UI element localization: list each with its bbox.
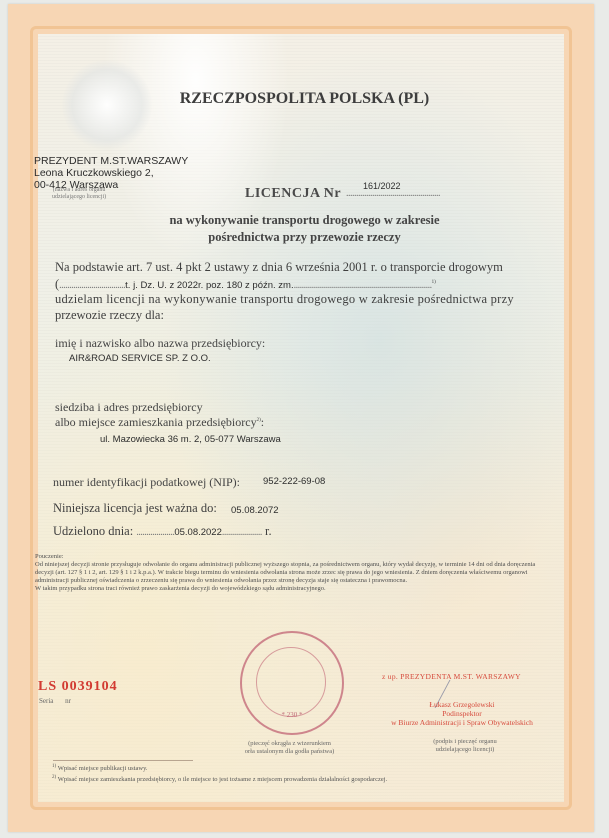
publication-reference: t. j. Dz. U. z 2022r. poz. 180 z późn. z… (125, 280, 293, 291)
legal-basis-line-1: Na podstawie art. 7 ust. 4 pkt 2 ustawy … (55, 260, 503, 275)
signatory-block: Łukasz Grzegolewski Podinspektor w Biurz… (372, 700, 552, 727)
legal-basis-line-2: (.................................t. j. … (55, 277, 436, 292)
issued-date: 05.08.2022 (174, 527, 222, 538)
caption-line: (pieczęć okrągła z wizerunkiem (232, 740, 347, 748)
license-number: 161/2022 (363, 181, 401, 191)
footnote-2: 2) Wpisać miejsce zamieszkania przedsięb… (52, 775, 387, 783)
signatory-department: w Biurze Administracji i Spraw Obywatels… (372, 718, 552, 727)
notice-text-2: W takim przypadku strona traci również p… (35, 585, 555, 593)
notice-heading: Pouczenie: (35, 553, 555, 561)
dotted-line: ........................................… (294, 280, 432, 291)
footnote-divider (53, 760, 193, 761)
caption-line: udzielającego licencji) (52, 194, 106, 201)
caption-line: (podpis i pieczęć organu (410, 738, 520, 746)
serial-caption: Seria nr (39, 697, 71, 705)
stamp-number: * 230 * (242, 711, 342, 719)
notice-text: Od niniejszej decyzji stronie przysługuj… (35, 561, 555, 585)
license-label: LICENCJA Nr (245, 186, 341, 202)
caption-line: orła ustalonym dla godła państwa) (232, 748, 347, 756)
stamp-caption: (pieczęć okrągła z wizerunkiem orła usta… (232, 740, 347, 756)
form-serial-number: LS 0039104 (38, 679, 118, 695)
footnote-text: Wpisać miejsce zamieszkania przedsiębior… (58, 776, 388, 783)
series-caption: Seria (39, 697, 53, 705)
valid-until-value: 05.08.2072 (231, 505, 279, 516)
dotted-line: .................... (222, 527, 262, 538)
address-label-text: albo miejsce zamieszkania przedsiębiorcy (55, 415, 257, 429)
footnote-ref: 2) (257, 418, 261, 423)
entrepreneur-name-label: imię i nazwisko albo nazwa przedsiębiorc… (55, 336, 265, 351)
address-label-line-1: siedziba i adres przedsiębiorcy (55, 400, 203, 415)
address-label-line-2: albo miejsce zamieszkania przedsiębiorcy… (55, 415, 264, 430)
caption-line: udzielającego licencji) (410, 746, 520, 754)
issued-suffix: r. (265, 524, 272, 538)
dotted-line: ................... (136, 527, 174, 538)
number-caption: nr (65, 697, 71, 705)
signatory-name: Łukasz Grzegolewski (372, 700, 552, 709)
issued-label: Udzielono dnia: (53, 524, 133, 538)
authority-caption: (nazwa i adres organu udzielającego lice… (52, 187, 106, 200)
footnote-text: Wpisać miejsce publikacji ustawy. (58, 765, 148, 772)
subtitle-line: na wykonywanie transportu drogowego w za… (0, 212, 609, 229)
country-heading: RZECZPOSPOLITA POLSKA (PL) (0, 90, 609, 108)
footnote-ref: 1) (432, 280, 436, 285)
legal-basis-line-4: przewozie rzeczy dla: (55, 308, 164, 323)
appeal-notice: Pouczenie: Od niniejszej decyzji stronie… (35, 553, 555, 593)
footnote-ref: 1) (52, 764, 56, 769)
entrepreneur-address: ul. Mazowiecka 36 m. 2, 05-077 Warszawa (100, 434, 281, 445)
issuing-authority: PREZYDENT M.ST.WARSZAWY Leona Kruczkowsk… (34, 155, 188, 191)
caption-line: (nazwa i adres organu (52, 187, 106, 194)
authority-line: Leona Kruczkowskiego 2, (34, 167, 188, 179)
footnote-ref: 2) (52, 775, 56, 780)
nip-label: numer identyfikacji podatkowej (NIP): (53, 475, 240, 490)
signature-caption: (podpis i pieczęć organu udzielającego l… (410, 738, 520, 754)
signatory-title: Podinspektor (372, 709, 552, 718)
subtitle-line: pośrednictwa przy przewozie rzeczy (0, 229, 609, 246)
dotted-line: ................................. (59, 280, 125, 291)
nip-value: 952-222-69-08 (263, 476, 325, 487)
entrepreneur-name: AIR&ROAD SERVICE SP. Z O.O. (69, 353, 211, 364)
footnote-1: 1) Wpisać miejsce publikacji ustawy. (52, 764, 148, 772)
license-subtitle: na wykonywanie transportu drogowego w za… (0, 212, 609, 246)
authority-line: PREZYDENT M.ST.WARSZAWY (34, 155, 188, 167)
valid-until-label: Niniejsza licencja jest ważna do: (53, 501, 217, 516)
issued-date-row: Udzielono dnia: ...................05.08… (53, 524, 272, 539)
legal-basis-line-3: udzielam licencji na wykonywanie transpo… (55, 292, 514, 307)
round-official-stamp-icon: * 230 * (240, 631, 344, 735)
